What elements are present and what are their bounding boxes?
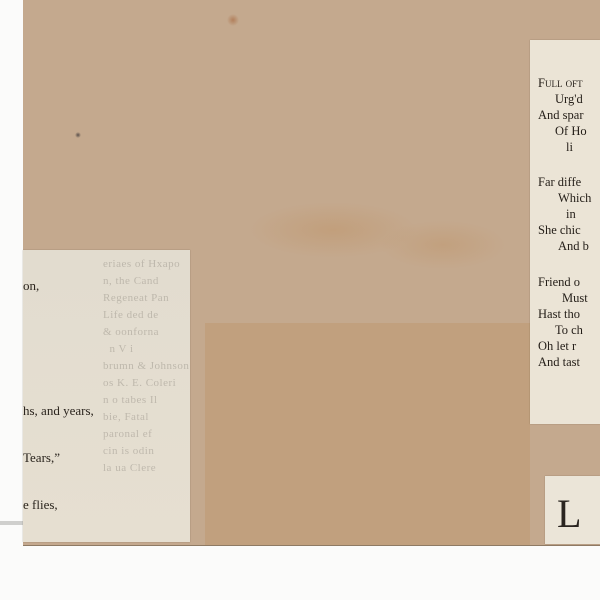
clipping-line: e flies, (23, 497, 58, 513)
table-edge-shadow (0, 521, 23, 525)
bleed-through-text: eriaes of Hxapo n, the Cand Regeneat Pan… (103, 256, 190, 477)
poem-line: And spar (538, 108, 583, 123)
clipping-line: on, (23, 278, 39, 294)
poem-line: Full oft (538, 76, 583, 91)
poem-line: Must (562, 291, 588, 306)
poem-line: li (566, 140, 573, 155)
poem-line: in (566, 207, 576, 222)
poem-line: Oh let r (538, 339, 576, 354)
poem-line: And tast (538, 355, 580, 370)
poem-line: Friend o (538, 275, 580, 290)
title-clipping: L (545, 476, 600, 544)
poem-line: Urg'd (555, 92, 583, 107)
clipping-line: hs, and years, (23, 403, 94, 419)
poem-line: Far diffe (538, 175, 581, 190)
poem-line: To ch (555, 323, 583, 338)
clipping-line: Tears,” (23, 450, 60, 466)
poem-line: She chic (538, 223, 581, 238)
poem-line: Of Ho (555, 124, 587, 139)
poem-line: And b (558, 239, 589, 254)
poem-line: Hast tho (538, 307, 580, 322)
title-letter: L (557, 490, 583, 537)
left-newspaper-clipping: eriaes of Hxapo n, the Cand Regeneat Pan… (23, 250, 190, 542)
glue-stain (205, 323, 530, 545)
poem-line: Which (558, 191, 591, 206)
